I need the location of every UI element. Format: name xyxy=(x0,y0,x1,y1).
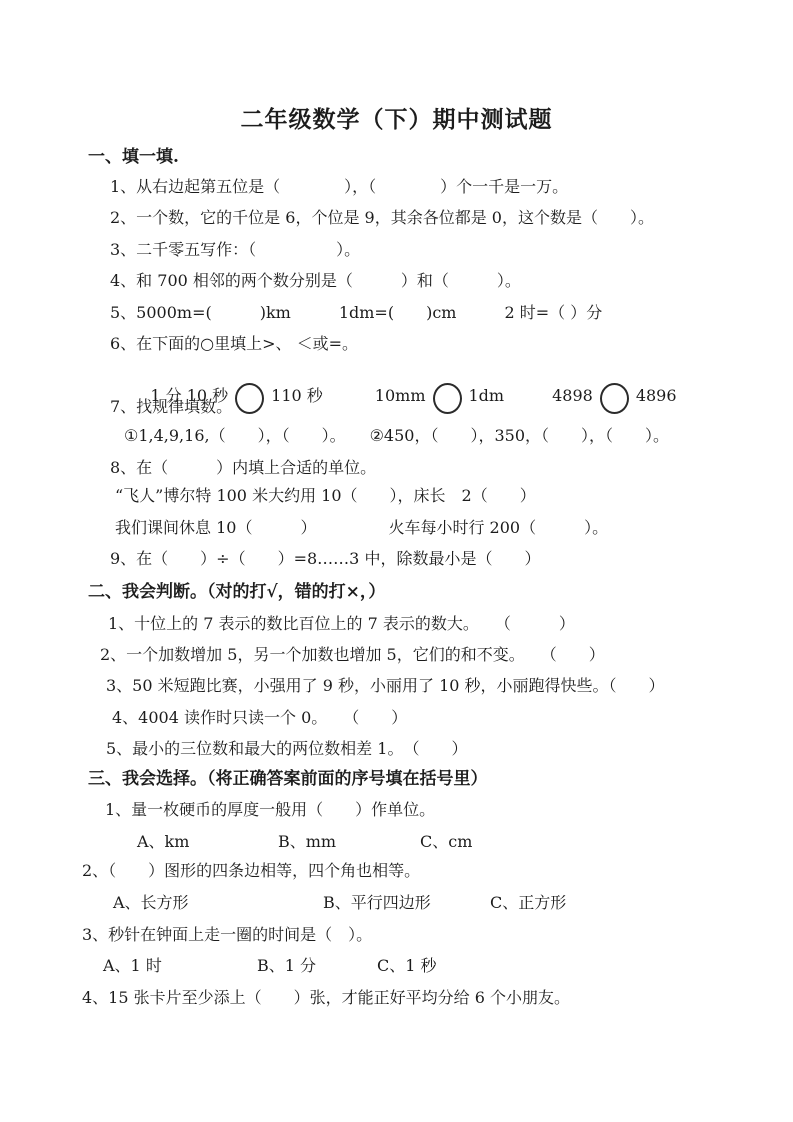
s2-question-2: 2、一个加数增加 5，另一个加数也增加 5，它们的和不变。 （ ） xyxy=(100,645,605,665)
compare-circle-3-icon xyxy=(600,383,629,414)
s3-q3-options-row: A、1 时 B、1 分 C、1 秒 xyxy=(103,956,437,976)
s2-question-5: 5、最小的三位数和最大的两位数相差 1。 （ ） xyxy=(106,739,467,759)
s1-question-7-sub: ①1,4,9,16,（ ），（ ）。 ②450，（ ），350，（ ），（ ）。 xyxy=(124,426,669,446)
section1-heading: 一、填一填. xyxy=(88,147,179,167)
s1-question-1: 1、从右边起第五位是（ ），（ ）个一千是一万。 xyxy=(110,177,568,197)
compare-pair-3-left: 4898 xyxy=(552,386,593,405)
s1-question-8-line2: 我们课间休息 10（ ） 火车每小时行 200（ ）。 xyxy=(115,518,608,538)
s3-q3-option-b: B、1 分 xyxy=(257,956,377,976)
s3-question-2: 2、（ ）图形的四条边相等，四个角也相等。 xyxy=(82,861,420,881)
page-title: 二年级数学（下）期中测试题 xyxy=(0,101,793,134)
s1-question-9: 9、在（ ）÷（ ）=8……3 中，除数最小是（ ） xyxy=(110,549,540,569)
s1-question-4: 4、和 700 相邻的两个数分别是（ ）和（ ）。 xyxy=(110,271,521,291)
s1-question-6: 6、在下面的○里填上>、 ＜或=。 xyxy=(110,334,358,354)
section2-heading: 二、我会判断。（对的打√，错的打×，） xyxy=(88,582,385,602)
compare-pair-2-right: 1dm xyxy=(469,386,505,405)
s2-question-3: 3、50 米短跑比赛，小强用了 9 秒，小丽用了 10 秒，小丽跑得快些。（ ） xyxy=(106,676,665,696)
s1-question-8-line1: “飞人”博尔特 100 米大约用 10（ ），床长 2（ ） xyxy=(115,486,536,506)
s1-question-2: 2、一个数，它的千位是 6，个位是 9，其余各位都是 0，这个数是（ ）。 xyxy=(110,208,654,228)
section3-heading: 三、我会选择。（将正确答案前面的序号填在括号里） xyxy=(88,769,488,789)
s3-question-4: 4、15 张卡片至少添上（ ）张，才能正好平均分给 6 个小朋友。 xyxy=(82,988,570,1008)
s3-q2-option-c: C、正方形 xyxy=(490,893,566,913)
compare-pair-3: 48984896 xyxy=(552,386,676,405)
s3-q2-option-b: B、平行四边形 xyxy=(323,893,490,913)
compare-circle-2-icon xyxy=(433,383,462,414)
s2-question-4: 4、4004 读作时只读一个 0。 （ ） xyxy=(112,708,407,728)
s3-q2-option-a: A、长方形 xyxy=(113,893,323,913)
s2-question-1: 1、十位上的 7 表示的数比百位上的 7 表示的数大。 （ ） xyxy=(108,614,575,634)
s3-q3-option-a: A、1 时 xyxy=(103,956,257,976)
s3-q2-options-row: A、长方形 B、平行四边形 C、正方形 xyxy=(113,893,566,913)
s1-question-5: 5、5000m=( )km 1dm=( )cm 2 时=（ ）分 xyxy=(110,303,602,323)
compare-pair-1-right: 110 秒 xyxy=(271,386,323,405)
s1-question-3: 3、二千零五写作：（ ）。 xyxy=(110,240,360,260)
s3-q3-option-c: C、1 秒 xyxy=(377,956,437,976)
s3-q1-option-a: A、km xyxy=(137,832,278,852)
test-paper-page: 二年级数学（下）期中测试题 一、填一填. 1、从右边起第五位是（ ），（ ）个一… xyxy=(0,0,793,1122)
s3-q1-option-b: B、mm xyxy=(278,832,420,852)
s1-question-8: 8、在（ ）内填上合适的单位。 xyxy=(110,458,376,478)
compare-pair-2: 10mm1dm xyxy=(375,386,504,405)
s3-question-1: 1、量一枚硬币的厚度一般用（ ）作单位。 xyxy=(105,800,435,820)
s3-question-3: 3、秒针在钟面上走一圈的时间是（ ）。 xyxy=(82,925,372,945)
compare-pair-3-right: 4896 xyxy=(636,386,677,405)
s3-q1-option-c: C、cm xyxy=(420,832,472,852)
s3-q1-options-row: A、km B、mm C、cm xyxy=(137,832,472,852)
s1-question-7: 7、找规律填数。 xyxy=(110,397,232,417)
compare-pair-2-left: 10mm xyxy=(375,386,426,405)
compare-circle-1-icon xyxy=(235,383,264,414)
